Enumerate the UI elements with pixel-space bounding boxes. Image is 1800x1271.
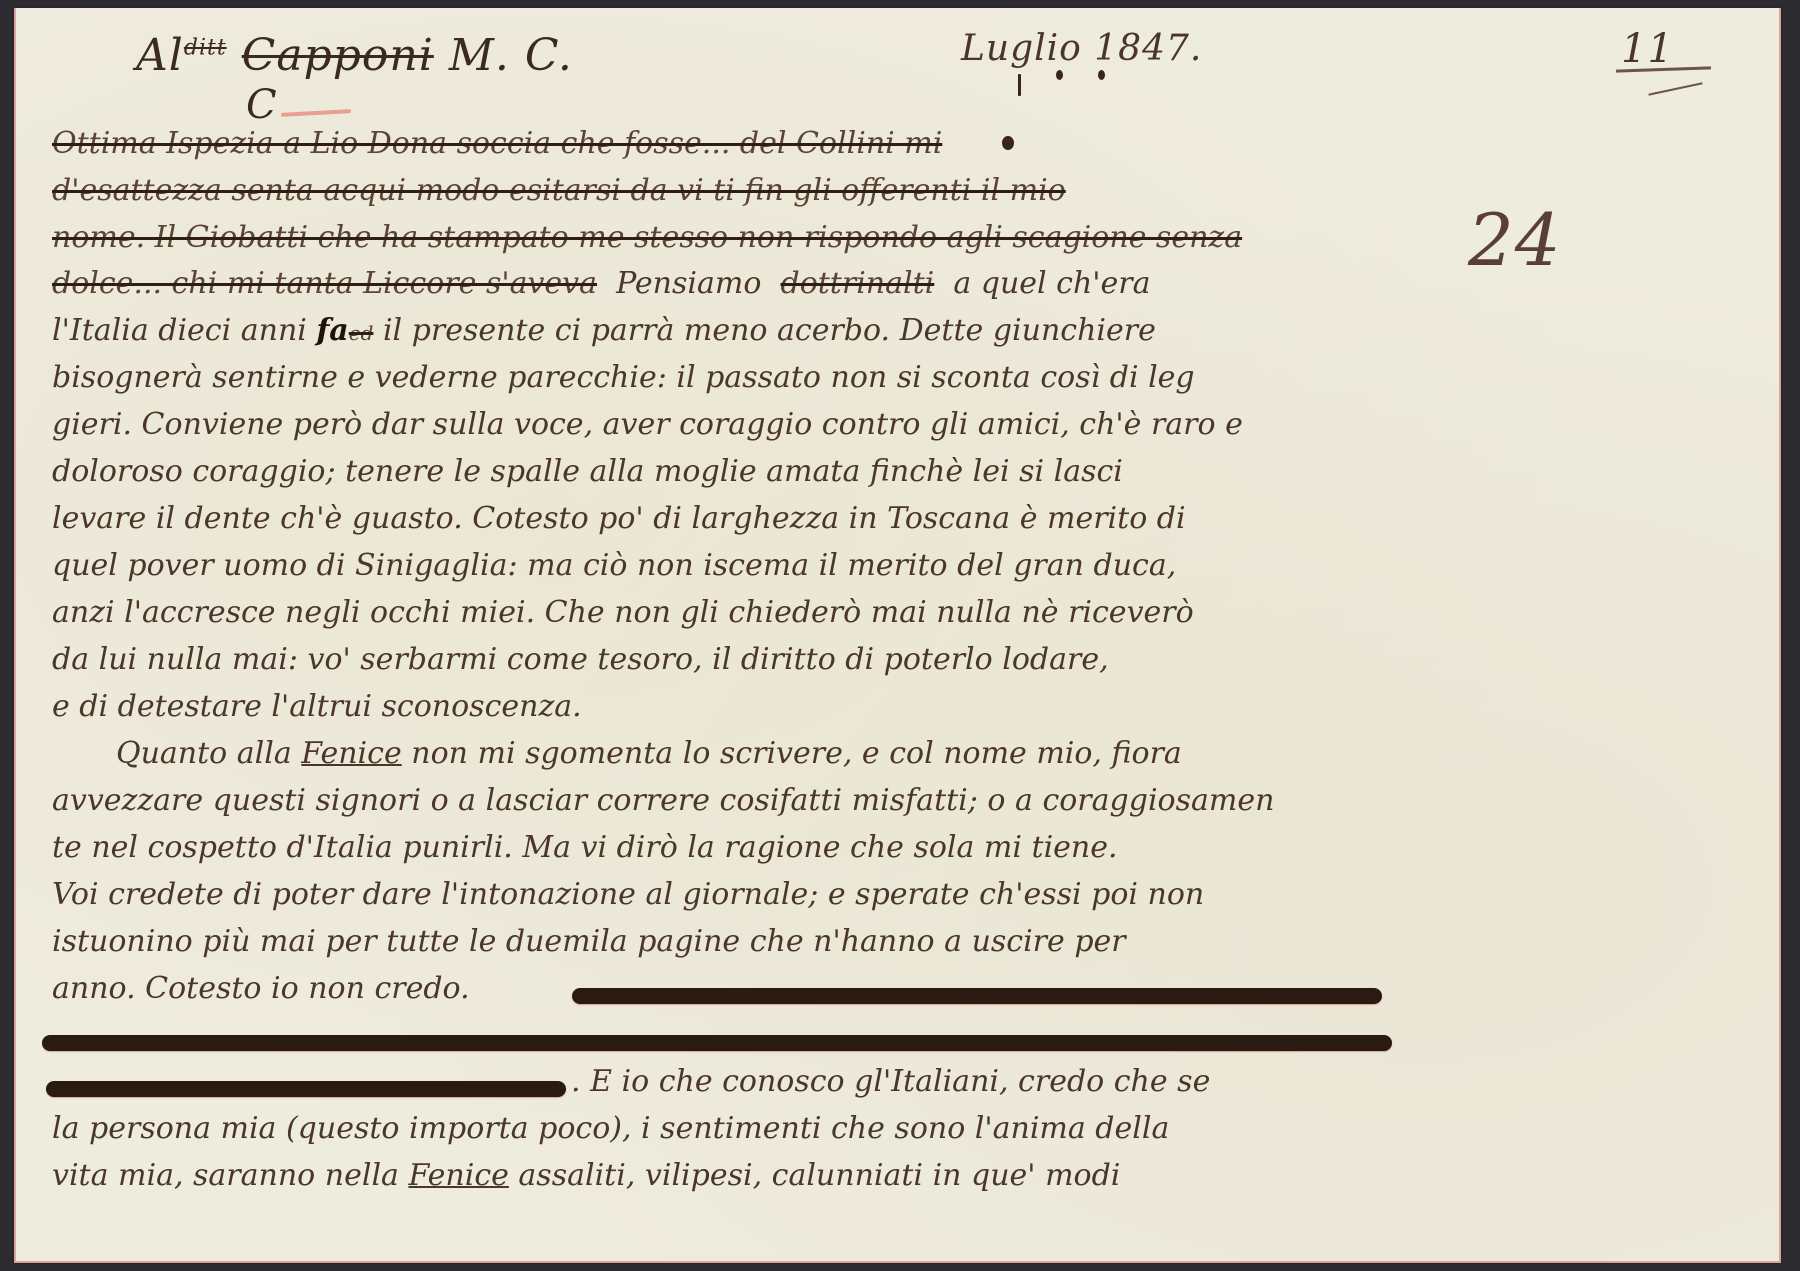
- text-line: quel pover uomo di Sinigaglia: ma ciò no…: [52, 548, 1176, 583]
- text-line: anzi l'accresce negli occhi miei. Che no…: [52, 595, 1194, 630]
- salutation: Alditt Capponi M. C. C: [136, 30, 573, 81]
- text: non mi sgomenta lo scrivere, e col nome …: [411, 736, 1182, 771]
- underlined-title: Fenice: [408, 1158, 508, 1193]
- inserted-word: fa: [316, 313, 348, 348]
- text: Pensiamo: [616, 266, 761, 301]
- text-line: da lui nulla mai: vo' serbarmi come teso…: [52, 642, 1109, 677]
- letter-date: Luglio 1847.: [961, 28, 1202, 69]
- text-line: avvezzare questi signori o a lasciar cor…: [52, 783, 1274, 818]
- struck-name: Capponi: [242, 30, 434, 81]
- heavy-strikeout: [42, 1035, 1392, 1051]
- text: a quel ch'era: [953, 266, 1150, 301]
- struck-line: Ottima Ispezia a Lio Dona soccia che fos…: [52, 126, 942, 161]
- text-line: anno. Cotesto io non credo.: [52, 971, 470, 1006]
- text-line: e di detestare l'altrui sconoscenza.: [52, 689, 582, 724]
- text-line: l'Italia dieci anni faed il presente ci …: [52, 313, 1156, 348]
- addressee-initials: M. C.: [449, 30, 573, 81]
- struck-word: ed: [349, 321, 374, 345]
- text: vita mia, saranno nella: [52, 1158, 399, 1193]
- page-number-top-right: 11: [1621, 26, 1674, 72]
- text-line: Voi credete di poter dare l'intonazione …: [52, 877, 1204, 912]
- text-line: gieri. Conviene però dar sulla voce, ave…: [52, 407, 1243, 442]
- text-line: istuonino più mai per tutte le duemila p…: [52, 924, 1126, 959]
- text-line: doloroso coraggio; tenere le spalle alla…: [52, 454, 1123, 489]
- text-line: levare il dente ch'è guasto. Cotesto po'…: [52, 501, 1186, 536]
- struck-line: nome. Il Giobatti che ha stampato me ste…: [52, 220, 1242, 255]
- heavy-strikeout: [572, 988, 1382, 1004]
- ink-stroke: [1018, 74, 1021, 96]
- heavy-strikeout: [46, 1081, 566, 1097]
- paragraph-start-line: Quanto alla Fenice non mi sgomenta lo sc…: [116, 736, 1182, 771]
- text: l'Italia dieci anni: [52, 313, 307, 348]
- text: assaliti, vilipesi, calunniati in que' m…: [518, 1158, 1120, 1193]
- salutation-correction: C: [246, 82, 278, 128]
- text: il presente ci parrà meno acerbo. Dette …: [383, 313, 1156, 348]
- salutation-superscript: ditt: [184, 35, 227, 60]
- underlined-title: Fenice: [301, 736, 401, 771]
- text-line: . E io che conosco gl'Italiani, credo ch…: [571, 1064, 1210, 1099]
- ink-blot: [1002, 136, 1014, 150]
- red-pencil-mark: [281, 109, 351, 117]
- text-line: bisognerà sentirne e vederne parecchie: …: [52, 360, 1195, 395]
- text-line: vita mia, saranno nella Fenice assaliti,…: [52, 1158, 1120, 1193]
- text-line: te nel cospetto d'Italia punirli. Ma vi …: [52, 830, 1118, 865]
- folio-number: 24: [1468, 198, 1562, 282]
- text-line: la persona mia (questo importa poco), i …: [52, 1111, 1169, 1146]
- struck-line: d'esattezza senta acqui modo esitarsi da…: [52, 173, 1066, 208]
- text-line: dolce... chi mi tanta Liccore s'aveva Pe…: [52, 266, 1151, 301]
- page-number-underline: [1648, 82, 1702, 95]
- struck-word: dottrinalti: [780, 266, 934, 301]
- ink-dot: [1056, 70, 1063, 80]
- text: Quanto alla: [116, 736, 292, 771]
- manuscript-page: Alditt Capponi M. C. C Luglio 1847. 11 2…: [14, 8, 1781, 1263]
- salutation-prefix: Al: [136, 30, 184, 81]
- ink-dot: [1098, 70, 1105, 80]
- struck-text: dolce... chi mi tanta Liccore s'aveva: [52, 266, 597, 301]
